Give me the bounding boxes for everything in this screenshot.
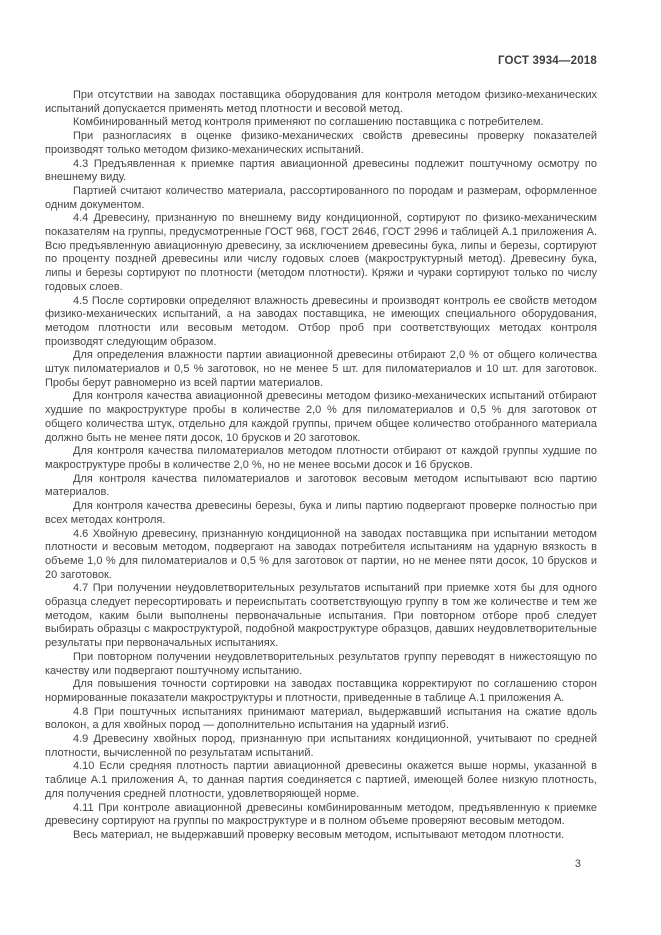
paragraph: Весь материал, не выдержавший проверку в… [45,829,597,843]
paragraph: При повторном получении неудовлетворител… [45,651,597,678]
paragraph: Для определения влажности партии авиацио… [45,349,597,390]
document-standard-designation: ГОСТ 3934—2018 [45,55,597,67]
paragraph-clause-4-7: 4.7 При получении неудовлетворительных р… [45,582,597,651]
paragraph: Партией считают количество материала, ра… [45,185,597,212]
paragraph: При разногласиях в оценке физико-механич… [45,130,597,157]
paragraph-clause-4-3: 4.3 Предъявленная к приемке партия авиац… [45,158,597,185]
paragraph-clause-4-10: 4.10 Если средняя плотность партии авиац… [45,760,597,801]
paragraph-clause-4-11: 4.11 При контроле авиационной древесины … [45,802,597,829]
paragraph-clause-4-4: 4.4 Древесину, признанную по внешнему ви… [45,212,597,294]
document-body: При отсутствии на заводах поставщика обо… [45,89,597,843]
paragraph: Для контроля качества авиационной древес… [45,390,597,445]
paragraph: Для контроля качества пиломатериалов мет… [45,445,597,472]
paragraph: Комбинированный метод контроля применяют… [45,116,597,130]
paragraph-clause-4-9: 4.9 Древесину хвойных пород, признанную … [45,733,597,760]
paragraph: Для контроля качества древесины березы, … [45,500,597,527]
paragraph-clause-4-5: 4.5 После сортировки определяют влажност… [45,295,597,350]
paragraph: При отсутствии на заводах поставщика обо… [45,89,597,116]
paragraph: Для контроля качества пиломатериалов и з… [45,473,597,500]
paragraph-clause-4-8: 4.8 При поштучных испытаниях принимают м… [45,706,597,733]
paragraph-clause-4-6: 4.6 Хвойную древесину, признанную кондиц… [45,528,597,583]
paragraph: Для повышения точности сортировки на зав… [45,678,597,705]
document-page: ГОСТ 3934—2018 При отсутствии на заводах… [0,0,661,935]
page-number: 3 [45,858,581,870]
